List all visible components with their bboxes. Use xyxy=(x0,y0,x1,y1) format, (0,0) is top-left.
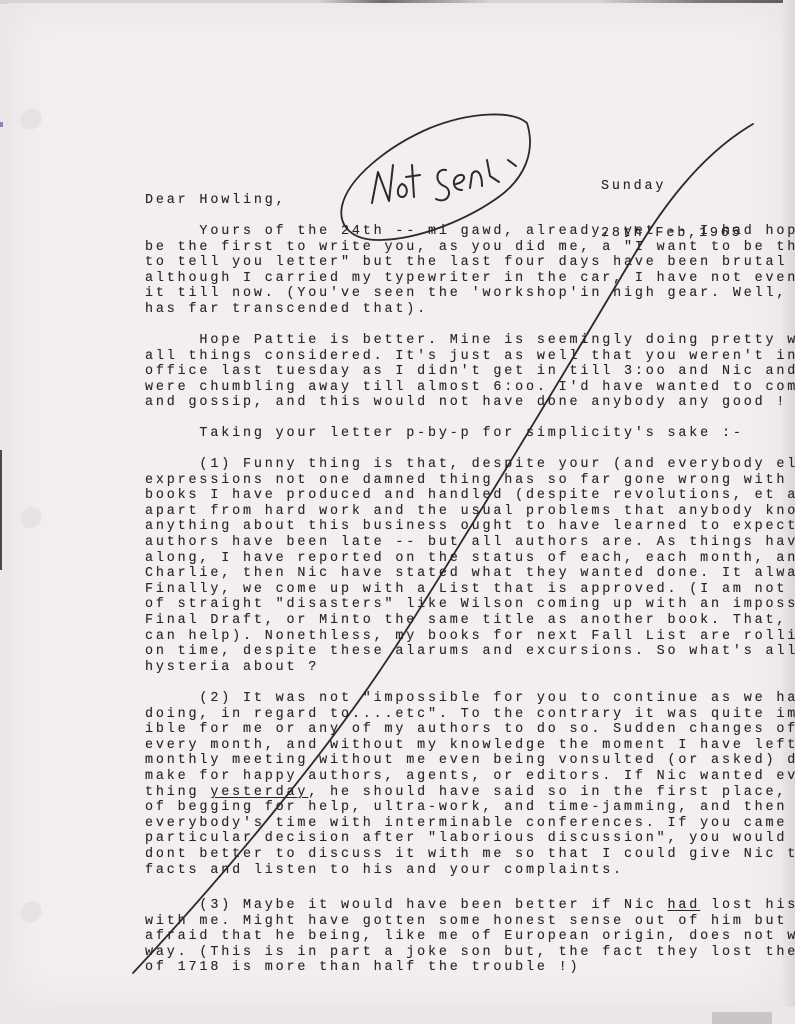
text-line: doing, in regard to....etc". To the cont… xyxy=(145,707,795,723)
text-line: all things considered. It's just as well… xyxy=(145,349,795,365)
scan-edge-bottom xyxy=(0,1007,795,1024)
text-line: authors have been late -- but all author… xyxy=(145,535,795,551)
text-line: (2) It was not "impossible for you to co… xyxy=(145,691,795,707)
paragraph-pattie: Hope Pattie is better. Mine is seemingly… xyxy=(145,333,795,411)
scan-edge-left xyxy=(0,450,2,570)
scan-shadow xyxy=(712,1012,772,1024)
text-line: books I have produced and handled (despi… xyxy=(145,488,795,504)
text-line: it till now. (You've seen the 'workshop'… xyxy=(145,286,795,302)
text-line: facts and listen to his and your complai… xyxy=(145,863,795,879)
text-line: particular decision after "laborious dis… xyxy=(145,831,795,847)
text-line: every month, and without my knowledge th… xyxy=(145,738,795,754)
text-line: expressions not one damned thing has so … xyxy=(145,473,795,489)
paragraph-point-1: (1) Funny thing is that, despite your (a… xyxy=(145,457,795,675)
text-line: on time, despite these alarums and excur… xyxy=(145,644,795,660)
salutation: Dear Howling, xyxy=(145,193,287,209)
underlined-word: yesterday xyxy=(210,785,308,800)
text-line: were chumbling away till almost 6:oo. I'… xyxy=(145,380,795,396)
text-line: way. (This is in part a joke son but, th… xyxy=(145,945,795,961)
scan-mark xyxy=(0,122,3,127)
punch-hole-icon xyxy=(19,900,41,922)
text-line: Final Draft, or Minto the same title as … xyxy=(145,613,795,629)
paragraph-point-3: (3) Maybe it would have been better if N… xyxy=(145,898,795,976)
text-line: ible for me or any of my authors to do s… xyxy=(145,722,795,738)
text-line: although I carried my typewriter in the … xyxy=(145,271,795,287)
text-line: with me. Might have gotten some honest s… xyxy=(145,914,795,930)
text-line: office last tuesday as I didn't get in t… xyxy=(145,364,795,380)
text-line: hysteria about ? xyxy=(145,660,795,676)
text-line: everybody's time with interminable confe… xyxy=(145,816,795,832)
text-line: along, I have reported on the status of … xyxy=(145,551,795,567)
text-line: monthly meeting without me even being vo… xyxy=(145,753,795,769)
text-line: afraid that he being, like me of Europea… xyxy=(145,929,795,945)
text-line: Taking your letter p-by-p for simplicity… xyxy=(145,426,744,442)
text-line: make for happy authors, agents, or edito… xyxy=(145,769,795,785)
text-line: Charlie, then Nic have stated what they … xyxy=(145,566,795,582)
text-line: Yours of the 24th -- mi gawd, already, y… xyxy=(145,224,795,240)
text-line: (1) Funny thing is that, despite your (a… xyxy=(145,457,795,473)
text-line: has far transcended that). xyxy=(145,302,795,318)
text-line: dont better to discuss it with me so tha… xyxy=(145,847,795,863)
text-line: be the first to write you, as you did me… xyxy=(145,240,795,256)
paragraph-intro-points: Taking your letter p-by-p for simplicity… xyxy=(145,426,744,442)
text-line: thing yesterday, he should have said so … xyxy=(145,785,795,801)
text-line: can help). Nonethless, my books for next… xyxy=(145,629,795,645)
text-line: Finally, we come up with a List that is … xyxy=(145,582,795,598)
text-line: Hope Pattie is better. Mine is seemingly… xyxy=(145,333,795,349)
text-line: (3) Maybe it would have been better if N… xyxy=(145,898,795,914)
punch-hole-icon xyxy=(19,506,41,528)
paragraph-opening: Yours of the 24th -- mi gawd, already, y… xyxy=(145,224,795,318)
date-day: Sunday xyxy=(601,179,743,195)
paragraph-point-2: (2) It was not "impossible for you to co… xyxy=(145,691,795,878)
text-line: of begging for help, ultra-work, and tim… xyxy=(145,800,795,816)
text-line: apart from hard work and the usual probl… xyxy=(145,504,795,520)
punch-hole-icon xyxy=(19,107,41,129)
text-line: of 1718 is more than half the trouble !) xyxy=(145,960,795,976)
text-line: of straight "disasters" like Wilson comi… xyxy=(145,597,795,613)
text-line: to tell you letter" but the last four da… xyxy=(145,255,795,271)
text-line: and gossip, and this would not have done… xyxy=(145,395,795,411)
underlined-word: had xyxy=(668,898,701,913)
text-line: anything about this business ought to ha… xyxy=(145,519,795,535)
